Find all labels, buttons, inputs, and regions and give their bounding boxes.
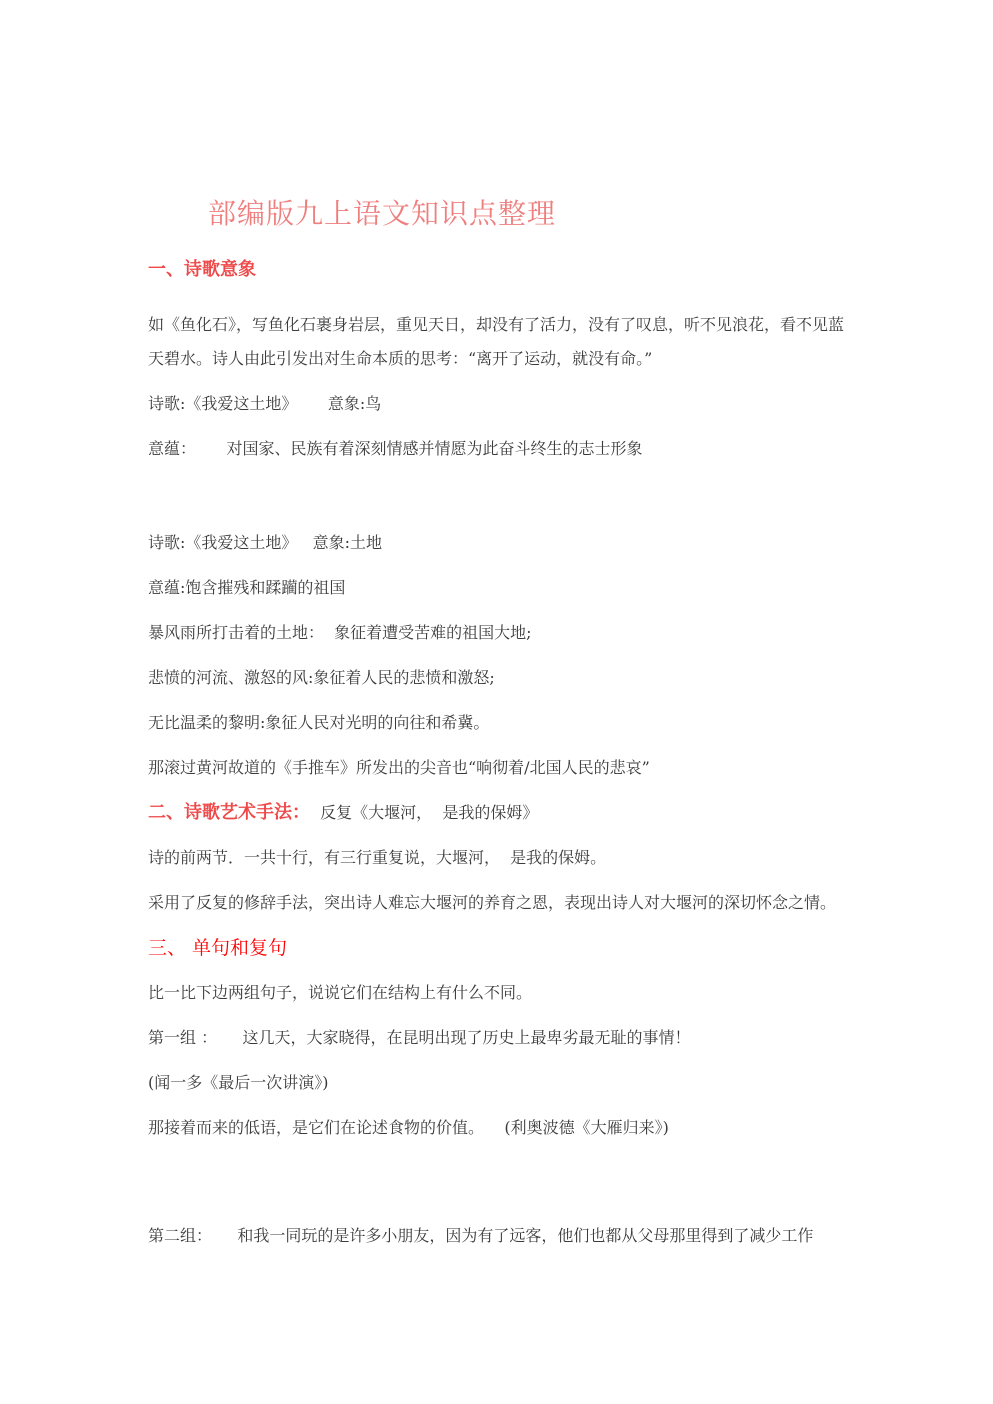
- paragraph-cart: 那滚过黄河故道的《手推车》所发出的尖音也“响彻着/北国人民的悲哀”: [148, 751, 845, 785]
- paragraph-compare: 比一比下边两组句子，说说它们在结构上有什么不同。: [148, 976, 845, 1010]
- section-heading-poetry-imagery: 一、诗歌意象: [148, 260, 845, 280]
- paragraph-stanzas: 诗的前两节．一共十行，有三行重复说，大堰河， 是我的保姆。: [148, 841, 845, 875]
- section-heading-art-technique: 二、诗歌艺术手法：: [148, 802, 310, 823]
- blank-line: [148, 1156, 845, 1219]
- paragraph-group1: 第一组 ： 这几天，大家晓得，在昆明出现了历史上最卑劣最无耻的事情！: [148, 1021, 845, 1055]
- paragraph-river-wind: 悲愤的河流、激怒的风:象征着人民的悲愤和激怒;: [148, 661, 845, 695]
- document-content: 部编版九上语文知识点整理 一、诗歌意象 如《鱼化石》，写鱼化石裹身岩层，重见天日…: [148, 198, 845, 1264]
- blank-line: [148, 477, 845, 526]
- paragraph-goose: 那接着而来的低语，是它们在论述食物的价值。 (利奥波德《大雁归来》): [148, 1111, 845, 1145]
- paragraph-poem-bird: 诗歌:《我爱这土地》 意象:鸟: [148, 387, 845, 421]
- paragraph-yiyun-land: 意蕴:饱含摧残和蹂躏的祖国: [148, 571, 845, 605]
- paragraph-fish-fossil: 如《鱼化石》，写鱼化石裹身岩层，重见天日，却没有了活力，没有了叹息，听不见浪花，…: [148, 308, 845, 376]
- section-heading-art-technique-line: 二、诗歌艺术手法： 反复《大堰河， 是我的保姆》: [148, 796, 845, 830]
- doc-title: 部编版九上语文知识点整理: [208, 198, 845, 230]
- paragraph-dawn: 无比温柔的黎明:象征人民对光明的向往和希冀。: [148, 706, 845, 740]
- paragraph-poem-land: 诗歌:《我爱这土地》 意象:土地: [148, 526, 845, 560]
- paragraph-group1-source: (闻一多《最后一次讲演》): [148, 1066, 845, 1100]
- section-heading-art-technique-rest: 反复《大堰河， 是我的保姆》: [310, 803, 538, 822]
- paragraph-repetition: 采用了反复的修辞手法，突出诗人难忘大堰河的养育之恩，表现出诗人对大堰河的深切怀念…: [148, 886, 845, 920]
- document-page: 部编版九上语文知识点整理 一、诗歌意象 如《鱼化石》，写鱼化石裹身岩层，重见天日…: [0, 0, 993, 1404]
- paragraph-storm-land: 暴风雨所打击着的土地： 象征着遭受苦难的祖国大地;: [148, 616, 845, 650]
- paragraph-group2: 第二组： 和我一同玩的是许多小朋友，因为有了远客，他们也都从父母那里得到了减少工…: [148, 1219, 845, 1253]
- paragraph-yiyun-bird: 意蕴： 对国家、民族有着深刻情感并情愿为此奋斗终生的志士形象: [148, 432, 845, 466]
- section-heading-simple-compound: 三、 单句和复句: [148, 931, 845, 965]
